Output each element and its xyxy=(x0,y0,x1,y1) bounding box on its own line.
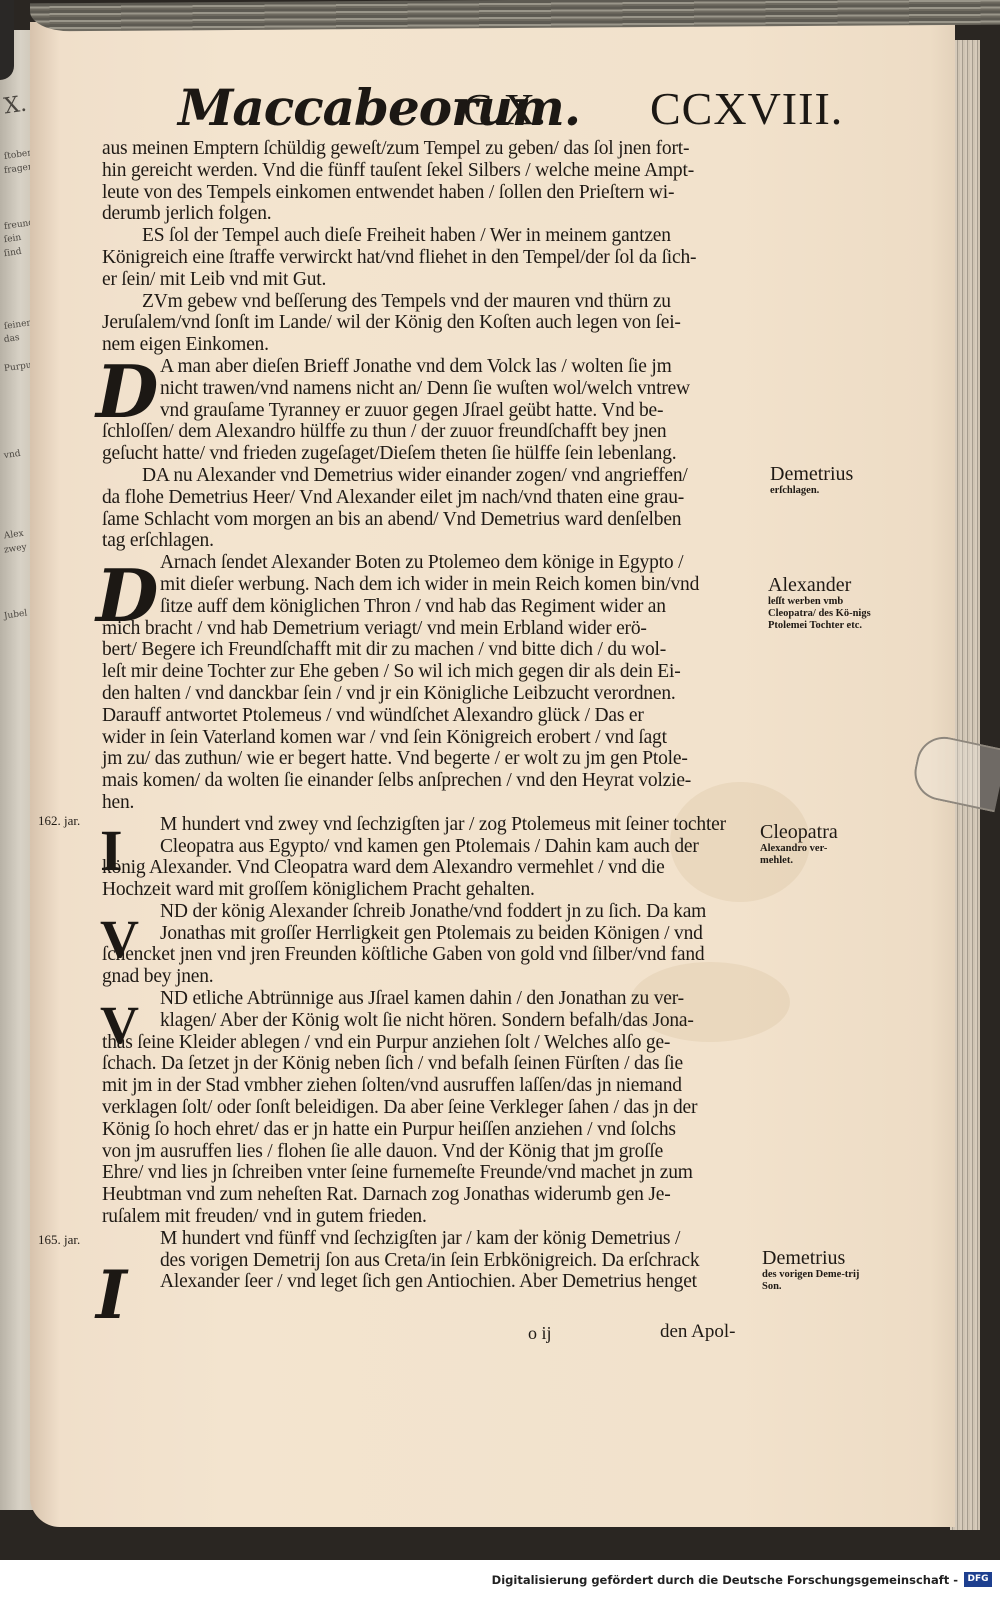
text-line: ND der könig Alexander ſchreib Jonathe/v… xyxy=(102,901,762,923)
text-line: thas ſeine Kleider ablegen / vnd ein Pur… xyxy=(102,1032,762,1054)
running-head-folio: CCXVIII. xyxy=(650,82,843,135)
text-line: den halten / vnd danckbar ſein / vnd jr … xyxy=(102,683,762,705)
text-line: Darauff antwortet Ptolemeus / vnd wündſc… xyxy=(102,705,762,727)
funding-credit: Digitalisierung gefördert durch die Deut… xyxy=(492,1573,958,1587)
text-line: Jonathas mit groſſer Herrligkeit gen Pto… xyxy=(102,923,762,945)
running-head-chapter: C.X. xyxy=(463,84,546,135)
year-note: 165. jar. xyxy=(38,1232,80,1248)
text-line: vnd grauſame Tyranney er zuuor gegen Jſr… xyxy=(102,400,762,422)
marginal-note-title: Cleopatra xyxy=(760,821,860,843)
text-line: er ſein/ mit Leib vnd mit Gut. xyxy=(102,269,762,291)
marginal-note-text: leſſt werben vmb Cleopatra/ des Kö-nigs … xyxy=(768,596,878,632)
text-line: ZVm gebew vnd beſſerung des Tempels vnd … xyxy=(102,291,762,313)
facing-page-edge: X. ſtoben fragen freund ſein ſind ſeinen… xyxy=(0,30,34,1510)
text-line: A man aber dieſen Brieff Jonathe vnd dem… xyxy=(102,356,762,378)
text-line: ſame Schlacht vom morgen an bis an abend… xyxy=(102,509,762,531)
facing-page-text: Alex xyxy=(3,529,24,543)
marginal-note-text: des vorigen Deme-trij Son. xyxy=(762,1269,872,1293)
facing-page-chapter-fragment: X. xyxy=(3,98,27,112)
marginal-note-text: erſchlagen. xyxy=(770,485,853,497)
text-line: mit jm in der Stad vmbher ziehen ſolten/… xyxy=(102,1075,762,1097)
marginal-note: Alexander leſſt werben vmb Cleopatra/ de… xyxy=(768,574,878,632)
facing-page-text: das xyxy=(3,333,20,346)
text-line: ſchencket jnen vnd jren Freunden köſtlic… xyxy=(102,944,762,966)
text-line: DA nu Alexander vnd Demetrius wider eina… xyxy=(102,465,762,487)
catchword: den Apol- xyxy=(660,1321,735,1343)
text-line: ruſalem mit freuden/ vnd in gutem friede… xyxy=(102,1206,762,1228)
marginal-note: Demetrius des vorigen Deme-trij Son. xyxy=(762,1247,872,1293)
text-line: Hochzeit ward mit groſſem königlichem Pr… xyxy=(102,879,762,901)
facing-page-text: vnd xyxy=(3,449,21,462)
text-line: Jeruſalem/vnd ſonſt im Lande/ wil der Kö… xyxy=(102,312,762,334)
text-line: ſchloſſen/ dem Alexandro hülffe zu thun … xyxy=(102,421,762,443)
book-spine-shadow xyxy=(0,0,14,80)
marginal-note-title: Demetrius xyxy=(770,463,853,485)
main-text-column: aus meinen Emptern ſchüldig geweſt/zum T… xyxy=(102,138,762,1293)
text-line: Arnach ſendet Alexander Boten zu Ptoleme… xyxy=(102,552,762,574)
text-line: hin gereicht werden. Vnd die fünff tauſe… xyxy=(102,160,762,182)
text-line: M hundert vnd zwey vnd ſechzigſten jar /… xyxy=(102,814,762,836)
facing-page-text: Jubel xyxy=(3,608,28,622)
text-line: nem eigen Einkomen. xyxy=(102,334,762,356)
marginal-note-title: Alexander xyxy=(768,574,878,596)
text-line: König ſo hoch ehret/ das er jn hatte ein… xyxy=(102,1119,762,1141)
text-line: M hundert vnd fünff vnd ſechzigſten jar … xyxy=(102,1228,762,1250)
text-line: tag erſchlagen. xyxy=(102,530,762,552)
text-line: leſt mir deine Tochter zur Ehe geben / S… xyxy=(102,661,762,683)
text-line: Cleopatra aus Egypto/ vnd kamen gen Ptol… xyxy=(102,836,762,858)
text-line: klagen/ Aber der König wolt ſie nicht hö… xyxy=(102,1010,762,1032)
text-line: hen. xyxy=(102,792,762,814)
marginal-note-title: Demetrius xyxy=(762,1247,872,1269)
text-line: ND etliche Abtrünnige aus Jſrael kamen d… xyxy=(102,988,762,1010)
text-line: ſchach. Da ſetzet jn der König neben ſic… xyxy=(102,1053,762,1075)
facing-page-text: zwey xyxy=(3,542,27,556)
text-line: Alexander ſeer / vnd leget ſich gen Anti… xyxy=(102,1271,762,1293)
text-line: derumb jerlich folgen. xyxy=(102,203,762,225)
text-line: mich bracht / vnd hab Demetrium veriagt/… xyxy=(102,618,762,640)
text-line: mit dieſer werbung. Nach dem ich wider i… xyxy=(102,574,762,596)
text-line: gnad bey jnen. xyxy=(102,966,762,988)
marginal-note: Demetrius erſchlagen. xyxy=(770,463,853,497)
year-note: 162. jar. xyxy=(38,813,80,829)
text-line: Königreich eine ſtraffe verwirckt hat/vn… xyxy=(102,247,762,269)
text-line: bert/ Begere ich Freundſchafft mit dir z… xyxy=(102,639,762,661)
text-line: ES ſol der Tempel auch dieſe Freiheit ha… xyxy=(102,225,762,247)
scanned-book-image: X. ſtoben fragen freund ſein ſind ſeinen… xyxy=(0,0,1000,1560)
text-line: jm zu/ das zuthun/ wie er begert hatte. … xyxy=(102,748,762,770)
text-line: aus meinen Emptern ſchüldig geweſt/zum T… xyxy=(102,138,762,160)
facing-page-text: ſind xyxy=(3,247,22,260)
text-line: Ehre/ vnd lies jn ſchreiben vnter ſeine … xyxy=(102,1162,762,1184)
text-line: geſucht hatte/ vnd frieden zugeſaget/Die… xyxy=(102,443,762,465)
text-line: mais komen/ da wolten ſie einander ſelbs… xyxy=(102,770,762,792)
text-line: leute von des Tempels einkomen entwendet… xyxy=(102,182,762,204)
text-line: wider in ſein Vaterland komen war / vnd … xyxy=(102,727,762,749)
signature-mark: o ij xyxy=(528,1323,552,1344)
text-line: nicht trawen/vnd namens nicht an/ Denn ſ… xyxy=(102,378,762,400)
facing-page-text: ſein xyxy=(3,233,22,246)
text-line: da flohe Demetrius Heer/ Vnd Alexander e… xyxy=(102,487,762,509)
footer-bar: Digitalisierung gefördert durch die Deut… xyxy=(0,1560,1000,1600)
text-line: Heubtman vnd zum neheſten Rat. Darnach z… xyxy=(102,1184,762,1206)
facing-page-text: ſeinen xyxy=(3,318,33,333)
text-line: von jm ausruffen lies / flohen ſie alle … xyxy=(102,1141,762,1163)
dfg-logo[interactable]: DFG xyxy=(964,1572,992,1587)
text-line: könig Alexander. Vnd Cleopatra ward dem … xyxy=(102,857,762,879)
marginal-note-text: Alexandro ver-mehlet. xyxy=(760,843,860,867)
text-line: verklagen ſolt/ oder ſonſt beleidigen. D… xyxy=(102,1097,762,1119)
text-line: ſitze auff dem königlichen Thron / vnd h… xyxy=(102,596,762,618)
marginal-note: Cleopatra Alexandro ver-mehlet. xyxy=(760,821,860,867)
text-line: des vorigen Demetrij ſon aus Creta/in ſe… xyxy=(102,1250,762,1272)
